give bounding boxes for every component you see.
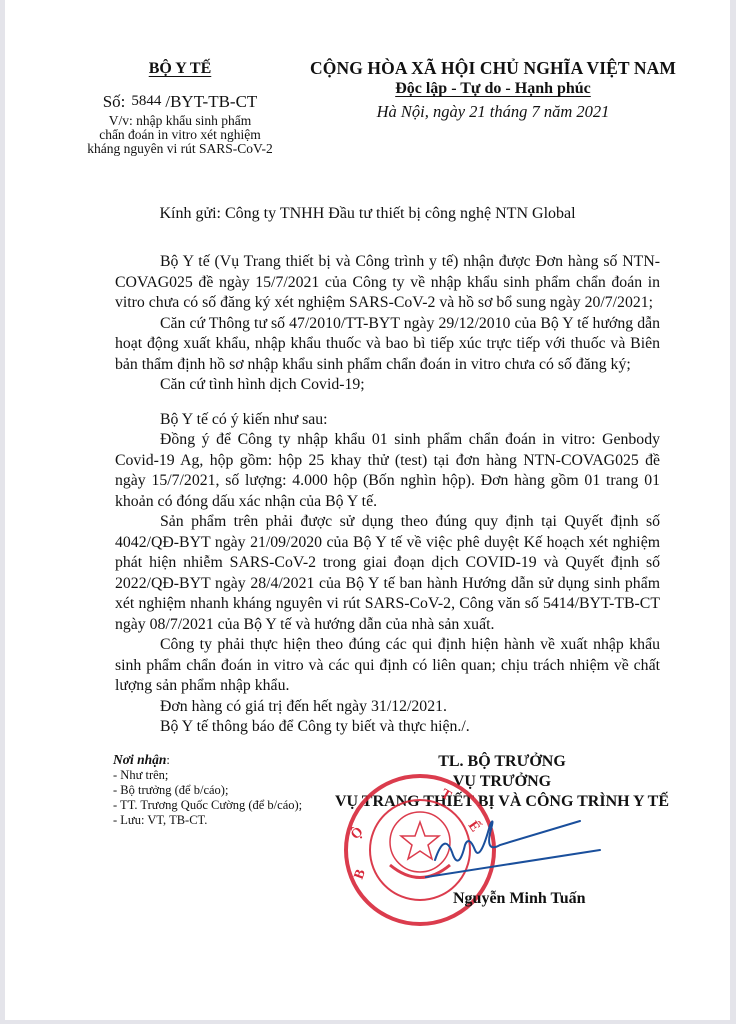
national-header: CỘNG HÒA XÃ HỘI CHỦ NGHĨA VIỆT NAM Độc l… [293,58,693,122]
national-motto: Độc lập - Tự do - Hạnh phúc [293,80,693,98]
letter-body: Bộ Y tế (Vụ Trang thiết bị và Công trình… [115,238,660,738]
svg-text:B: B [352,867,369,881]
issuer-block: BỘ Y TẾ Số:5844/BYT-TB-CT V/v: nhập khẩu… [65,60,295,156]
document-page: BỘ Y TẾ Số:5844/BYT-TB-CT V/v: nhập khẩu… [5,0,730,1020]
organization-name: BỘ Y TẾ [65,60,295,78]
distribution-item: - Bộ trưởng (để b/cáo); [113,783,302,798]
distribution-item: - TT. Trương Quốc Cường (để b/cáo); [113,798,302,813]
signature-title: TL. BỘ TRƯỞNG [327,752,677,772]
body-paragraph: Đơn hàng có giá trị đến hết ngày 31/12/2… [115,697,660,718]
body-paragraph: Bộ Y tế thông báo để Công ty biết và thự… [115,717,660,738]
recipient-line: Kính gửi: Công ty TNHH Đầu tư thiết bị c… [5,205,730,223]
signer-name: Nguyễn Minh Tuấn [453,890,586,908]
document-number: Số:5844/BYT-TB-CT [65,92,295,112]
body-paragraph: Sản phẩm trên phải được sử dụng theo đún… [115,512,660,635]
svg-text:T: T [438,786,454,804]
subject-line: V/v: nhập khẩu sinh phẩm chẩn đoán in vi… [65,114,295,156]
nation-title: CỘNG HÒA XÃ HỘI CHỦ NGHĨA VIỆT NAM [293,58,693,79]
distribution-title: Nơi nhận [113,752,166,767]
body-paragraph: Đồng ý để Công ty nhập khẩu 01 sinh phẩm… [115,430,660,512]
body-paragraph: Căn cứ tình hình dịch Covid-19; [115,375,660,396]
distribution-item: - Như trên; [113,768,302,783]
body-paragraph: Bộ Y tế có ý kiến như sau: [115,410,660,431]
distribution-item: - Lưu: VT, TB-CT. [113,813,302,828]
distribution-list: Nơi nhận: - Như trên; - Bộ trưởng (để b/… [113,752,302,828]
body-paragraph: Công ty phải thực hiện theo đúng các qui… [115,635,660,697]
handwritten-signature-icon [425,820,625,890]
body-paragraph: Căn cứ Thông tư số 47/2010/TT-BYT ngày 2… [115,314,660,376]
place-date: Hà Nội, ngày 21 tháng 7 năm 2021 [293,102,693,122]
body-paragraph: Bộ Y tế (Vụ Trang thiết bị và Công trình… [115,252,660,314]
